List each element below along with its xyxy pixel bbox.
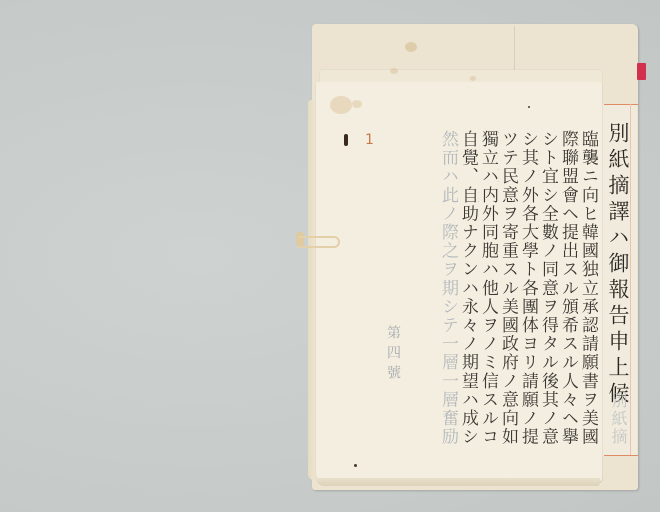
text-column-1: 臨襲ニ向ヒ韓國独立承認請願書ヲ美國政府ト國 xyxy=(578,130,598,460)
text-column-8-faded: 然而ハ此ノ際之ヲ期シテ一層一層奮励 xyxy=(438,130,458,460)
text-column-2: 際聯盟會ヘ提出スル頒希スル人々ヘ擧旨スヘ xyxy=(558,130,578,460)
text-column-7: 自覺、自助ナクンハ永々ノ期望ハ成シ難シ xyxy=(458,130,478,460)
text-column-4: シ其ノ外各大學ト各團体ヨリ請願ノ提出連續ス因 xyxy=(518,130,538,460)
body-text-columns: 臨襲ニ向ヒ韓國独立承認請願書ヲ美國政府ト國 際聯盟會ヘ提出スル頒希スル人々ヘ擧旨… xyxy=(392,130,598,460)
red-margin-mark: 1 xyxy=(365,132,374,148)
binding-string xyxy=(298,236,340,248)
paper-stain xyxy=(330,96,352,114)
paper-stain xyxy=(390,68,398,74)
ink-mark xyxy=(344,134,348,146)
ink-dot xyxy=(354,464,357,467)
text-column-5: ツテ民意ヲ寄重スル美國政府ノ意向如何ヲ謀スヘ xyxy=(498,130,518,460)
paper-stain xyxy=(470,76,476,81)
page-number: 第四號 xyxy=(383,325,403,385)
red-bookmark-tab xyxy=(637,63,646,80)
page-stack-bottom-edge xyxy=(316,478,600,486)
title-rule-bottom xyxy=(604,455,638,456)
ink-dot xyxy=(528,106,530,108)
text-column-3: シト宜シ全數ノ同意ヲ得タル後其ノ意ヲ政府ニ電建 xyxy=(538,130,558,460)
cover-stain xyxy=(405,42,417,52)
title-faded-note: 別紙摘 xyxy=(606,392,630,446)
text-column-6: 獨立ハ内外同胞ハ他人ヲノミ信スルコトナク我 xyxy=(478,130,498,460)
document-title: 別紙摘譯ハ御報告申上候 xyxy=(605,122,631,408)
title-rule-top xyxy=(604,104,638,105)
paper-stain xyxy=(352,100,362,108)
